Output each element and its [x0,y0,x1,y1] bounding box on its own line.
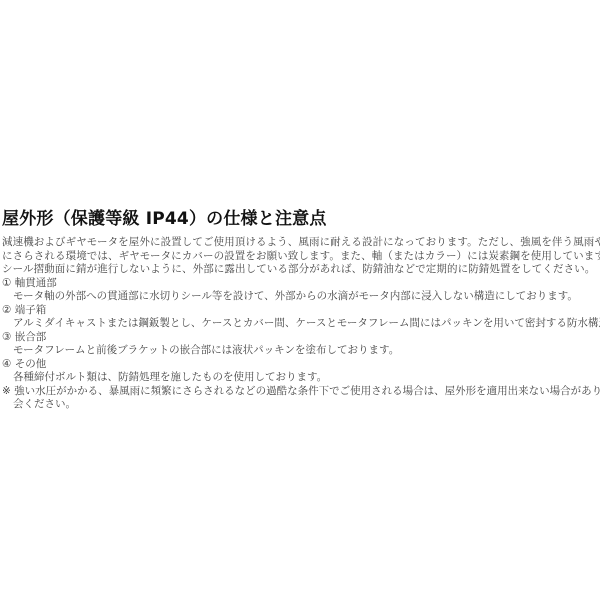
item-body: モータ軸の外部への貫通部に水切りシール等を設けて、外部からの水滴がモータ内部に浸… [2,290,600,304]
spec-item-terminal-box: ② 端子箱 アルミダイキャストまたは鋼鈑製とし、ケースとカバー間、ケースとモータ… [2,304,600,331]
item-heading: ② 端子箱 [2,304,600,318]
intro-paragraph: 減速機およびギヤモータを屋外に設置してご使用頂けるよう、風雨に耐える設計になって… [2,236,600,277]
item-heading: ① 軸貫通部 [2,277,600,291]
item-heading: ③ 嵌合部 [2,331,600,345]
intro-line: 減速機およびギヤモータを屋外に設置してご使用頂けるよう、風雨に耐える設計になって… [2,236,600,250]
item-body: 各種締付ボルト類は、防錆処理を施したものを使用しております。 [2,371,600,385]
note-line: 会ください。 [2,398,600,412]
item-body: アルミダイキャストまたは鋼鈑製とし、ケースとカバー間、ケースとモータフレーム間に… [2,317,600,331]
note-line: ※ 強い水圧がかかる、暴風雨に頻繁にさらされるなどの過酷な条件下でご使用される場… [2,385,600,399]
intro-line: シール摺動面に錆が進行しないように、外部に露出している部分があれば、防錆油などで… [2,263,600,277]
spec-item-other: ④ その他 各種締付ボルト類は、防錆処理を施したものを使用しております。 [2,358,600,385]
document-title: 屋外形（保護等級 IP44）の仕様と注意点 [2,208,600,230]
spec-document: 屋外形（保護等級 IP44）の仕様と注意点 減速機およびギヤモータを屋外に設置し… [2,208,600,412]
item-body: モータフレームと前後ブラケットの嵌合部には液状パッキンを塗布しております。 [2,344,600,358]
item-heading: ④ その他 [2,358,600,372]
spec-item-shaft: ① 軸貫通部 モータ軸の外部への貫通部に水切りシール等を設けて、外部からの水滴が… [2,277,600,304]
caution-note: ※ 強い水圧がかかる、暴風雨に頻繁にさらされるなどの過酷な条件下でご使用される場… [2,385,600,412]
intro-line: にさらされる環境では、ギヤモータにカバーの設置をお願い致します。また、軸（または… [2,250,600,264]
spec-item-fitting: ③ 嵌合部 モータフレームと前後ブラケットの嵌合部には液状パッキンを塗布しており… [2,331,600,358]
